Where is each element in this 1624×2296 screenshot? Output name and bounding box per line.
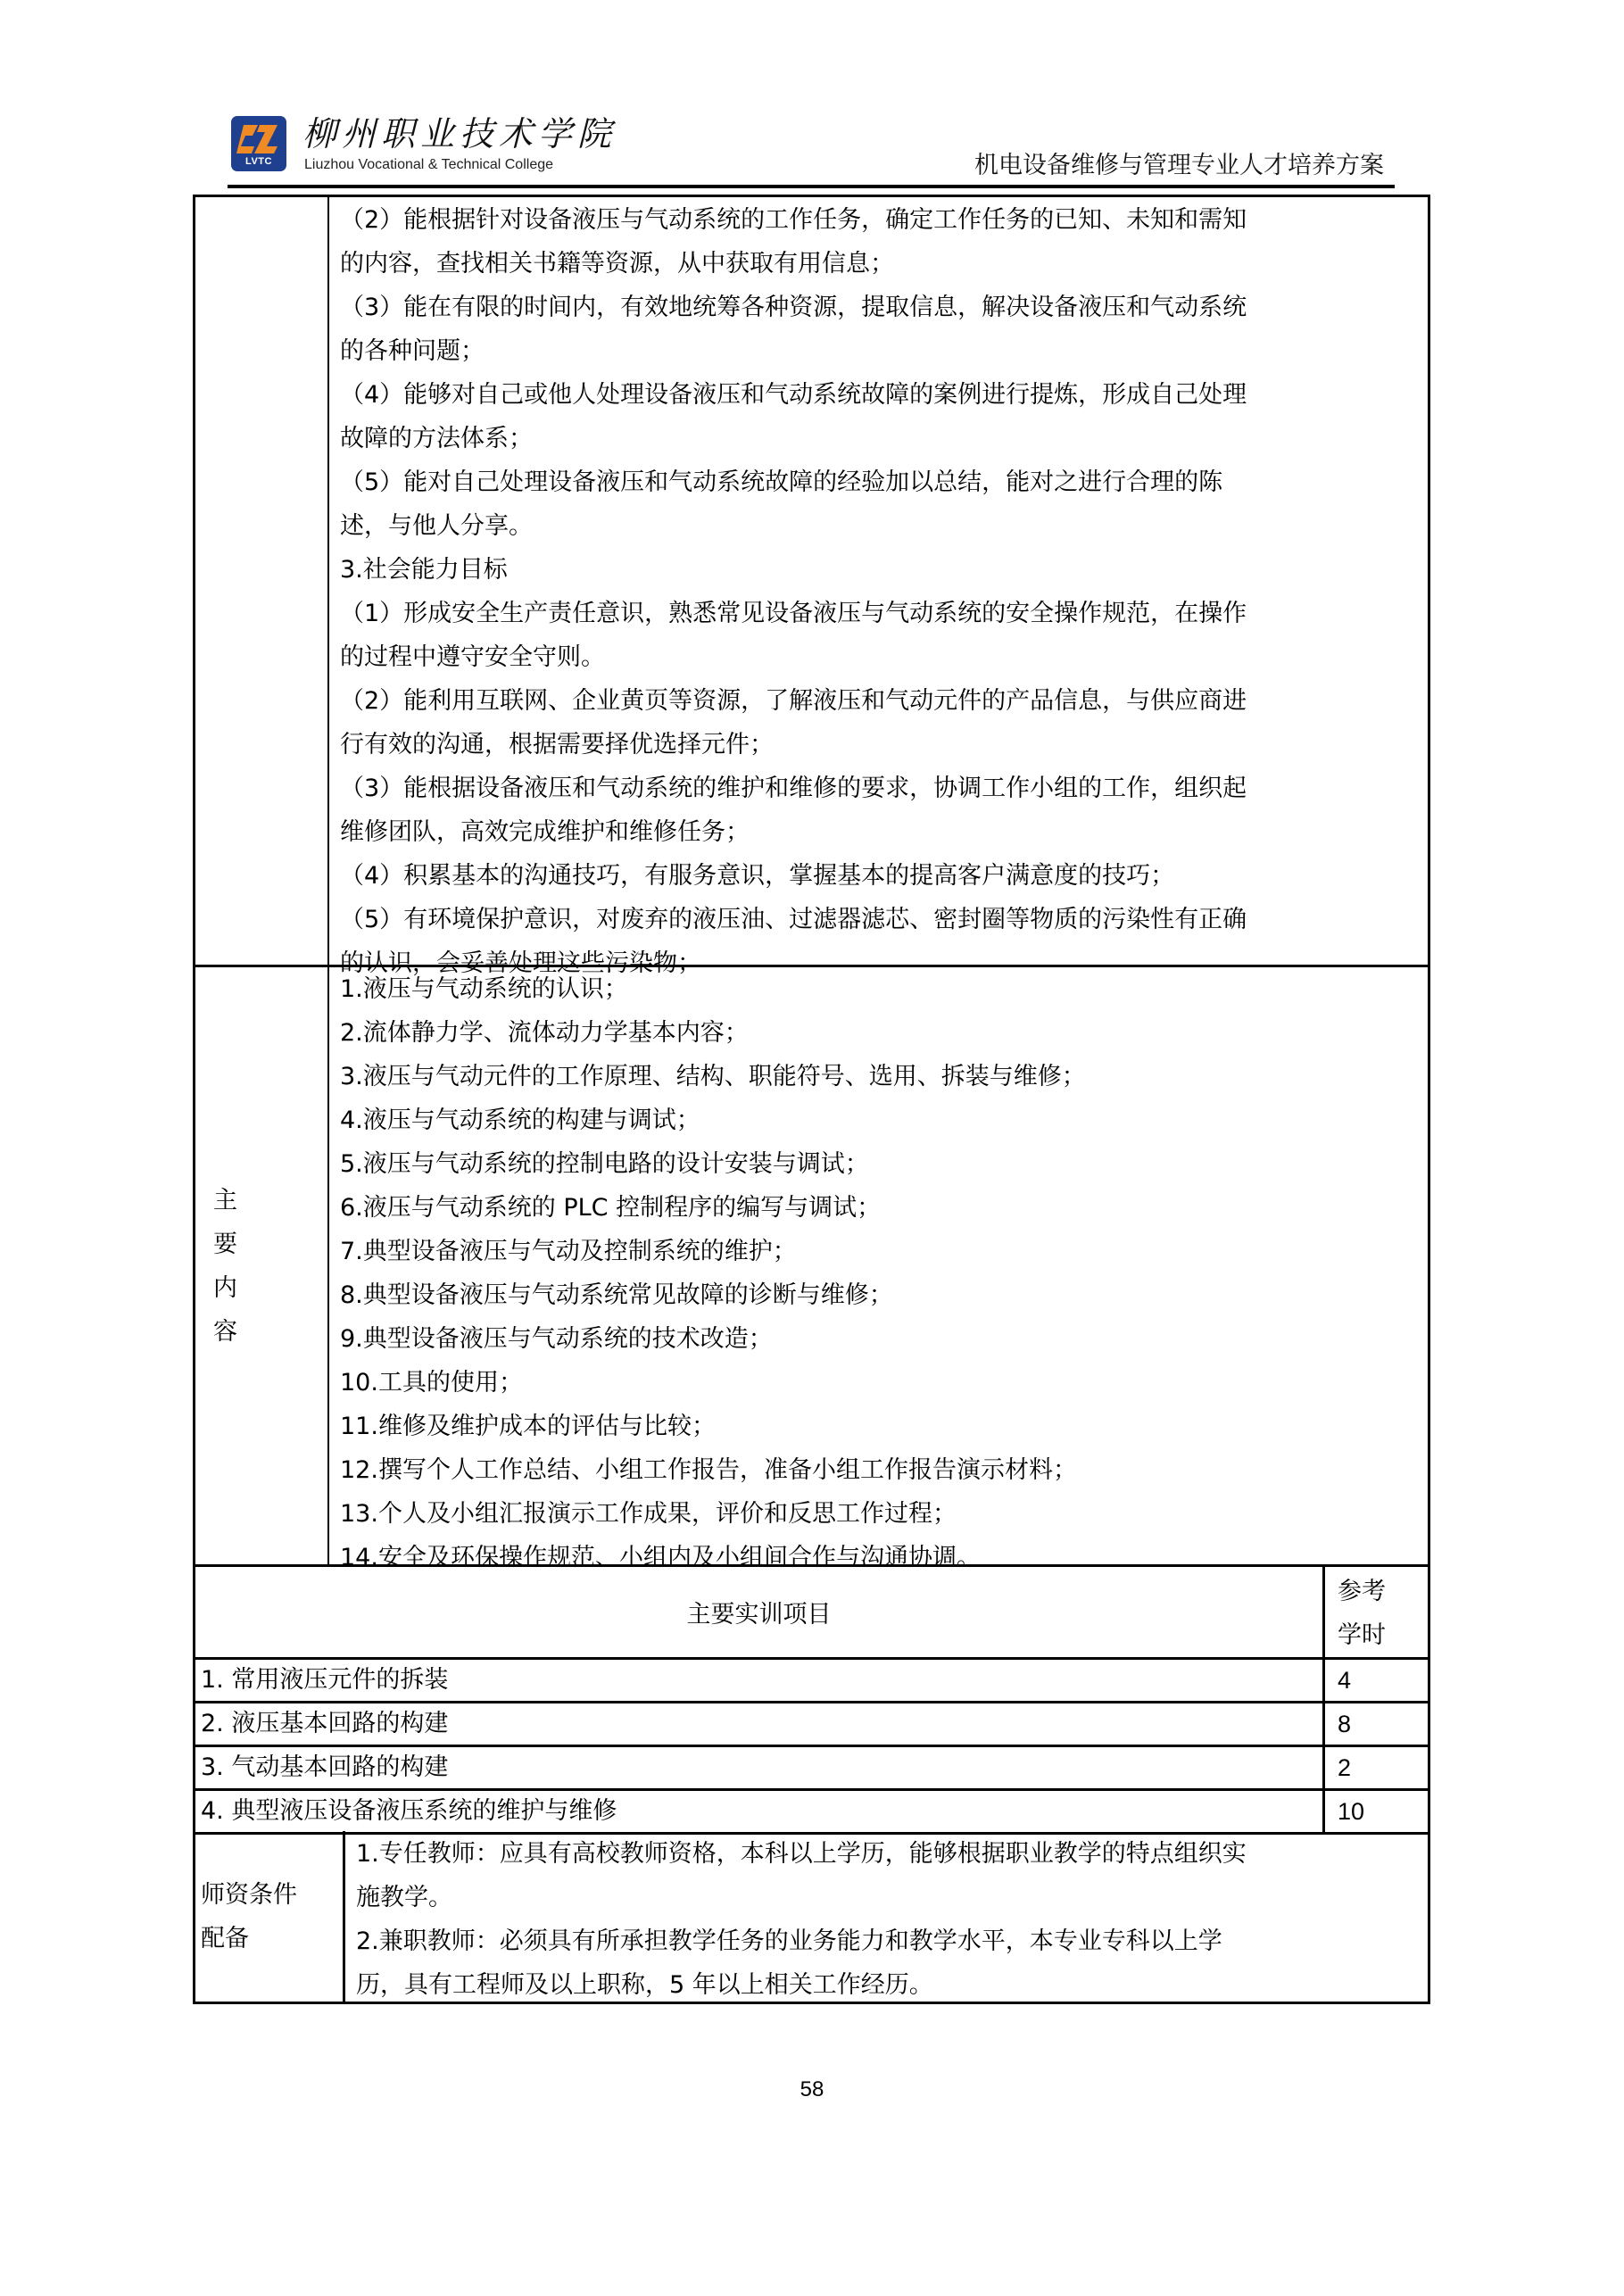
training-row: 1. 常用液压元件的拆装 4 xyxy=(195,1660,1428,1703)
content-item: 13.个人及小组汇报演示工作成果，评价和反思工作过程； xyxy=(340,1492,1086,1536)
content-item: 9.典型设备液压与气动系统的技术改造； xyxy=(340,1317,1086,1361)
teacher-line: 施教学。 xyxy=(356,1876,1247,1919)
main-content-list: 1.液压与气动系统的认识； 2.流体静力学、流体动力学基本内容； 3.液压与气动… xyxy=(329,967,1091,1564)
teacher-line: 1.专任教师：应具有高校教师资格，本科以上学历，能够根据职业教学的特点组织实 xyxy=(356,1832,1247,1876)
content-item: 12.撰写个人工作总结、小组工作报告，准备小组工作报告演示材料； xyxy=(340,1448,1086,1492)
objectives-content: （2）能根据针对设备液压与气动系统的工作任务，确定工作任务的已知、未知和需知 的… xyxy=(329,197,1252,965)
teacher-line: 历，具有工程师及以上职称，5 年以上相关工作经历。 xyxy=(356,1963,1247,2007)
hours-header-line: 参考 xyxy=(1338,1570,1428,1613)
objective-line: 的内容，查找相关书籍等资源，从中获取有用信息； xyxy=(340,242,1247,286)
school-name-en: Liuzhou Vocational & Technical College xyxy=(304,157,553,173)
objective-line: 行有效的沟通，根据需要择优选择元件； xyxy=(340,723,1247,767)
main-content-label: 主 要 内 容 xyxy=(195,967,329,1564)
objective-line: 维修团队，高效完成维护和维修任务； xyxy=(340,810,1247,854)
training-row: 2. 液压基本回路的构建 8 xyxy=(195,1703,1428,1747)
training-name: 3. 气动基本回路的构建 xyxy=(195,1747,1325,1788)
objectives-label-cell xyxy=(195,197,329,965)
course-table-objectives: （2）能根据针对设备液压与气动系统的工作任务，确定工作任务的已知、未知和需知 的… xyxy=(193,195,1430,967)
objective-line: （5）有环境保护意识，对废弃的液压油、过滤器滤芯、密封圈等物质的污染性有正确 xyxy=(340,898,1247,941)
objective-line: 述，与他人分享。 xyxy=(340,504,1247,548)
objective-line: 故障的方法体系； xyxy=(340,417,1247,460)
label-char: 要 xyxy=(213,1223,237,1266)
content-item: 11.维修及维护成本的评估与比较； xyxy=(340,1405,1086,1448)
page-header: LVTC 柳州职业技术学院 Liuzhou Vocational & Techn… xyxy=(228,114,1395,187)
document-title: 机电设备维修与管理专业人才培养方案 xyxy=(974,152,1384,180)
course-table-main-content: 主 要 内 容 1.液压与气动系统的认识； 2.流体静力学、流体动力学基本内容；… xyxy=(193,967,1430,1567)
content-item: 10.工具的使用； xyxy=(340,1361,1086,1405)
content-item: 4.液压与气动系统的构建与调试； xyxy=(340,1098,1086,1142)
content-item: 8.典型设备液压与气动系统常见故障的诊断与维修； xyxy=(340,1273,1086,1317)
logo-abbr: LVTC xyxy=(231,156,286,167)
teacher-label-line: 师资条件 xyxy=(201,1873,343,1917)
objective-line: 的过程中遵守安全守则。 xyxy=(340,635,1247,679)
main-content-row: 主 要 内 容 1.液压与气动系统的认识； 2.流体静力学、流体动力学基本内容；… xyxy=(195,967,1428,1567)
training-row: 4. 典型液压设备液压系统的维护与维修 10 xyxy=(195,1791,1428,1835)
header-rule xyxy=(228,185,1395,188)
training-hours: 10 xyxy=(1325,1791,1428,1832)
training-header-row: 主要实训项目 参考 学时 xyxy=(195,1567,1428,1660)
teacher-line: 2.兼职教师：必须具有所承担教学任务的业务能力和教学水平，本专业专科以上学 xyxy=(356,1919,1247,1963)
training-hours: 2 xyxy=(1325,1747,1428,1788)
training-header-hours: 参考 学时 xyxy=(1325,1567,1428,1657)
training-hours: 8 xyxy=(1325,1703,1428,1745)
content-item: 7.典型设备液压与气动及控制系统的维护； xyxy=(340,1230,1086,1273)
objective-line: （1）形成安全生产责任意识，熟悉常见设备液压与气动系统的安全操作规范，在操作 xyxy=(340,592,1247,635)
objective-line: （2）能利用互联网、企业黄页等资源，了解液压和气动元件的产品信息，与供应商进 xyxy=(340,679,1247,723)
training-name: 2. 液压基本回路的构建 xyxy=(195,1703,1325,1745)
label-char: 主 xyxy=(213,1179,237,1223)
training-header-name: 主要实训项目 xyxy=(195,1567,1325,1657)
content-item: 2.流体静力学、流体动力学基本内容； xyxy=(340,1011,1086,1055)
content-item: 5.液压与气动系统的控制电路的设计安装与调试； xyxy=(340,1142,1086,1186)
teacher-row: 师资条件 配备 1.专任教师：应具有高校教师资格，本科以上学历，能够根据职业教学… xyxy=(195,1831,1428,2004)
objective-line: （4）能够对自己或他人处理设备液压和气动系统故障的案例进行提炼，形成自己处理 xyxy=(340,373,1247,417)
objective-line: （4）积累基本的沟通技巧，有服务意识，掌握基本的提高客户满意度的技巧； xyxy=(340,854,1247,898)
school-logo: LVTC xyxy=(231,116,286,171)
training-name: 4. 典型液压设备液压系统的维护与维修 xyxy=(195,1791,1325,1832)
objective-line: （3）能在有限的时间内，有效地统筹各种资源，提取信息，解决设备液压和气动系统 xyxy=(340,286,1247,329)
teacher-content: 1.专任教师：应具有高校教师资格，本科以上学历，能够根据职业教学的特点组织实 施… xyxy=(345,1831,1252,2002)
training-projects-table: 主要实训项目 参考 学时 1. 常用液压元件的拆装 4 2. 液压基本回路的构建… xyxy=(193,1567,1430,1835)
training-name: 1. 常用液压元件的拆装 xyxy=(195,1660,1325,1701)
objective-heading: 3.社会能力目标 xyxy=(340,548,1247,592)
hours-header-line: 学时 xyxy=(1338,1613,1428,1657)
label-char: 内 xyxy=(213,1266,237,1310)
content-item: 3.液压与气动元件的工作原理、结构、职能符号、选用、拆装与维修； xyxy=(340,1055,1086,1098)
objective-line: （5）能对自己处理设备液压和气动系统故障的经验加以总结，能对之进行合理的陈 xyxy=(340,460,1247,504)
teacher-label: 师资条件 配备 xyxy=(195,1831,345,2002)
objective-line: （2）能根据针对设备液压与气动系统的工作任务，确定工作任务的已知、未知和需知 xyxy=(340,198,1247,242)
teacher-label-line: 配备 xyxy=(201,1917,343,1960)
objective-line: （3）能根据设备液压和气动系统的维护和维修的要求，协调工作小组的工作，组织起 xyxy=(340,767,1247,810)
objective-line: 的各种问题； xyxy=(340,329,1247,373)
content-item: 6.液压与气动系统的 PLC 控制程序的编写与调试； xyxy=(340,1186,1086,1230)
training-hours: 4 xyxy=(1325,1660,1428,1701)
page-number: 58 xyxy=(0,2077,1624,2102)
objectives-row: （2）能根据针对设备液压与气动系统的工作任务，确定工作任务的已知、未知和需知 的… xyxy=(195,197,1428,967)
school-name-cn: 柳州职业技术学院 xyxy=(302,114,617,153)
teacher-requirements-table: 师资条件 配备 1.专任教师：应具有高校教师资格，本科以上学历，能够根据职业教学… xyxy=(193,1831,1430,2004)
training-row: 3. 气动基本回路的构建 2 xyxy=(195,1747,1428,1791)
label-char: 容 xyxy=(213,1310,237,1354)
content-item: 1.液压与气动系统的认识； xyxy=(340,967,1086,1011)
